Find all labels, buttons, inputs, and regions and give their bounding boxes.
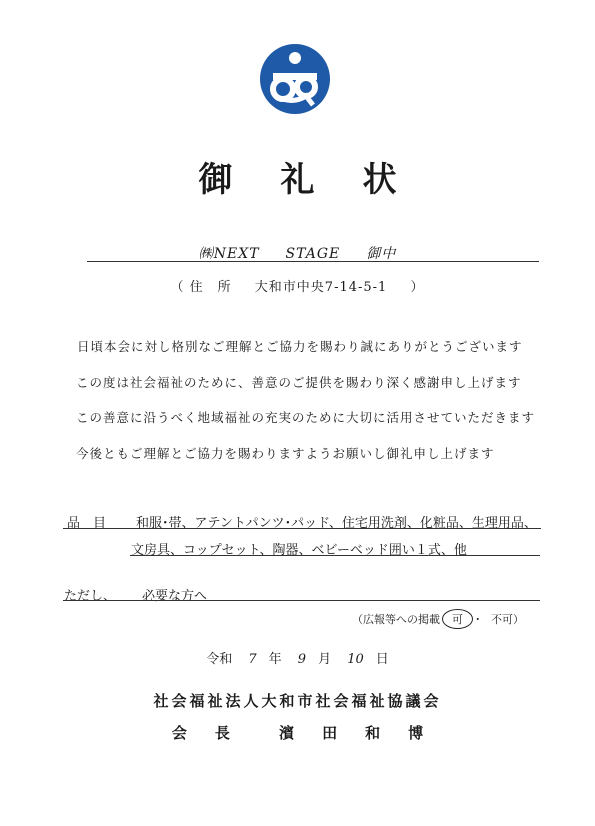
address-label: 住 所 — [190, 280, 232, 295]
items-underline-1 — [63, 528, 541, 529]
president-name-char: 田 — [322, 724, 337, 742]
date-year: 7 — [248, 652, 256, 667]
date-year-unit: 年 — [269, 652, 282, 667]
publicity-not-allowed: 不可） — [491, 613, 524, 626]
organization-name: 社会福祉法人大和市社会福祉協議会 — [0, 690, 595, 711]
condition-label: ただし、 — [64, 585, 116, 604]
company-name-2: STAGE — [286, 246, 341, 262]
address-open-paren: （ — [170, 280, 184, 295]
recipient-honorific: 御中 — [366, 246, 396, 262]
condition-value: 必要な方へ — [142, 585, 207, 604]
date: 令和 7年 9月 10日 — [0, 648, 595, 667]
president-name-char: 濱 — [279, 724, 294, 742]
address-value: 大和市中央7-14-5-1 — [255, 280, 388, 295]
document-title: 御礼状 — [0, 152, 595, 201]
date-day: 10 — [347, 652, 364, 667]
president: 会長 濱田和博 — [0, 722, 595, 743]
company-prefix: ㈱ — [199, 246, 214, 262]
date-month: 9 — [298, 652, 306, 667]
body-line-2: この度は社会福祉のために、善意のご提供を賜わり深く感謝申し上げます — [76, 373, 522, 391]
publicity-allowed-circled: 可 — [442, 609, 473, 629]
president-name-char: 和 — [365, 724, 380, 742]
publicity-consent: （広報等への掲載可･ 不可） — [352, 609, 524, 629]
date-day-unit: 日 — [376, 652, 389, 667]
president-title-2: 長 — [215, 724, 230, 742]
condition-underline — [63, 600, 540, 601]
date-month-unit: 月 — [318, 652, 331, 667]
date-era: 令和 — [206, 652, 232, 667]
recipient: ㈱NEXTSTAGE御中 — [0, 243, 595, 263]
president-title-1: 会 — [172, 724, 187, 742]
president-name-char: 博 — [408, 724, 423, 742]
recipient-underline — [87, 261, 539, 262]
items-underline-2 — [130, 555, 540, 556]
address-close-paren: ） — [410, 280, 424, 295]
publicity-separator: ･ — [475, 613, 481, 626]
body-line-1: 日頃本会に対し格別なご理解とご協力を賜わり誠にありがとうございます — [77, 337, 523, 355]
body-line-3: この善意に沿うべく地域福祉の充実のために大切に活用させていただきます — [76, 408, 535, 426]
address: （ 住 所 大和市中央7-14-5-1 ） — [0, 276, 595, 295]
body-line-4: 今後ともご理解とご協力を賜わりますようお願いし御礼申し上げます — [76, 444, 495, 462]
organization-emblem-icon — [259, 43, 331, 115]
company-name-1: NEXT — [214, 246, 260, 262]
publicity-prefix: （広報等への掲載 — [352, 613, 440, 626]
